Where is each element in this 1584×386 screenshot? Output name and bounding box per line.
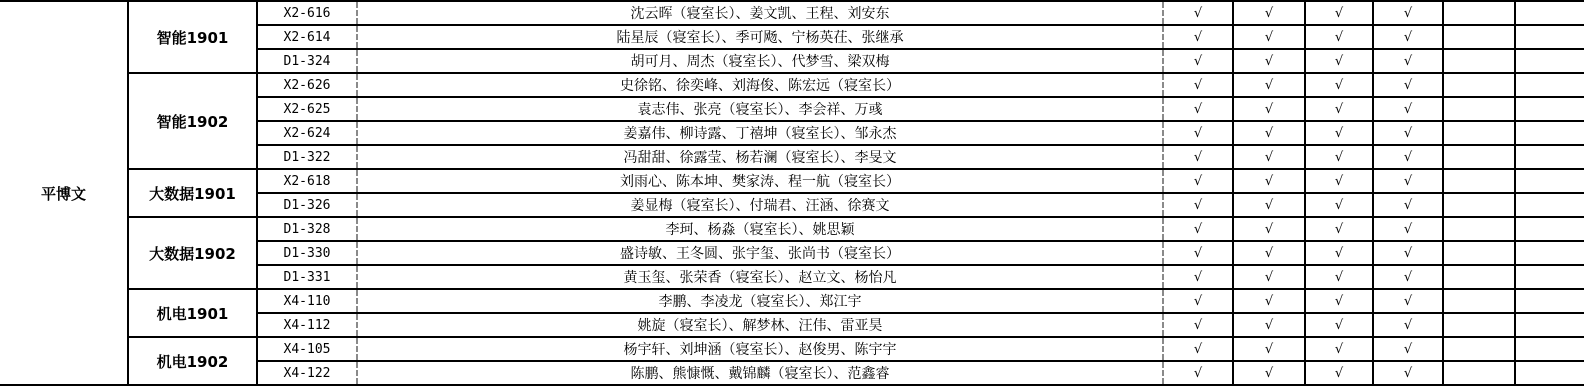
room-cell[interactable]: D1-331 xyxy=(257,265,357,289)
table-row: 大数据1901 X2-618 刘雨心、陈本坤、樊家涛、程一航（寝室长） √ √ … xyxy=(0,169,1584,193)
check-cell[interactable]: √ xyxy=(1305,1,1373,25)
check-cell[interactable]: √ xyxy=(1233,121,1305,145)
check-cell[interactable]: √ xyxy=(1305,337,1373,361)
check-cell[interactable]: √ xyxy=(1305,193,1373,217)
room-cell[interactable]: D1-326 xyxy=(257,193,357,217)
members-cell[interactable]: 史徐铭、徐奕峰、刘海俊、陈宏远（寝室长） xyxy=(357,73,1163,97)
check-cell[interactable]: √ xyxy=(1373,25,1443,49)
check-cell[interactable]: √ xyxy=(1305,289,1373,313)
members-cell[interactable]: 盛诗敏、王冬圆、张宇玺、张尚书（寝室长） xyxy=(357,241,1163,265)
empty-cell[interactable] xyxy=(1443,1,1515,25)
check-cell[interactable]: √ xyxy=(1163,193,1233,217)
check-cell[interactable]: √ xyxy=(1305,265,1373,289)
room-cell[interactable]: X2-618 xyxy=(257,169,357,193)
class-cell[interactable]: 大数据1901 xyxy=(128,169,257,217)
members-cell[interactable]: 胡可月、周杰（寝室长）、代梦雪、梁双梅 xyxy=(357,49,1163,73)
check-cell[interactable]: √ xyxy=(1163,217,1233,241)
class-cell[interactable]: 机电1901 xyxy=(128,289,257,337)
empty-cell[interactable] xyxy=(1443,289,1515,313)
check-cell[interactable]: √ xyxy=(1373,1,1443,25)
check-cell[interactable]: √ xyxy=(1163,1,1233,25)
members-cell[interactable]: 沈云晖（寝室长）、姜文凯、王程、刘安东 xyxy=(357,1,1163,25)
check-cell[interactable]: √ xyxy=(1373,193,1443,217)
room-cell[interactable]: X4-112 xyxy=(257,313,357,337)
check-cell[interactable]: √ xyxy=(1233,289,1305,313)
empty-cell[interactable] xyxy=(1515,289,1584,313)
check-cell[interactable]: √ xyxy=(1233,1,1305,25)
check-cell[interactable]: √ xyxy=(1233,313,1305,337)
check-cell[interactable]: √ xyxy=(1163,49,1233,73)
members-cell[interactable]: 陈鹏、熊慷慨、戴锦麟（寝室长）、范鑫睿 xyxy=(357,361,1163,385)
empty-cell[interactable] xyxy=(1443,313,1515,337)
empty-cell[interactable] xyxy=(1443,361,1515,385)
check-cell[interactable]: √ xyxy=(1305,313,1373,337)
empty-cell[interactable] xyxy=(1515,49,1584,73)
check-cell[interactable]: √ xyxy=(1373,241,1443,265)
check-cell[interactable]: √ xyxy=(1305,217,1373,241)
room-cell[interactable]: X2-624 xyxy=(257,121,357,145)
check-cell[interactable]: √ xyxy=(1305,145,1373,169)
empty-cell[interactable] xyxy=(1443,49,1515,73)
check-cell[interactable]: √ xyxy=(1163,361,1233,385)
check-cell[interactable]: √ xyxy=(1373,313,1443,337)
check-cell[interactable]: √ xyxy=(1233,241,1305,265)
empty-cell[interactable] xyxy=(1515,193,1584,217)
empty-cell[interactable] xyxy=(1443,97,1515,121)
check-cell[interactable]: √ xyxy=(1163,313,1233,337)
class-cell[interactable]: 智能1902 xyxy=(128,73,257,169)
empty-cell[interactable] xyxy=(1515,25,1584,49)
members-cell[interactable]: 杨宇轩、刘坤涵（寝室长）、赵俊男、陈宇宇 xyxy=(357,337,1163,361)
empty-cell[interactable] xyxy=(1443,145,1515,169)
empty-cell[interactable] xyxy=(1515,73,1584,97)
members-cell[interactable]: 姚旋（寝室长）、解梦林、汪伟、雷亚昊 xyxy=(357,313,1163,337)
check-cell[interactable]: √ xyxy=(1373,121,1443,145)
check-cell[interactable]: √ xyxy=(1373,289,1443,313)
room-cell[interactable]: X2-616 xyxy=(257,1,357,25)
empty-cell[interactable] xyxy=(1515,169,1584,193)
check-cell[interactable]: √ xyxy=(1233,25,1305,49)
empty-cell[interactable] xyxy=(1443,25,1515,49)
table-row: 机电1902 X4-105 杨宇轩、刘坤涵（寝室长）、赵俊男、陈宇宇 √ √ √… xyxy=(0,337,1584,361)
room-cell[interactable]: X2-626 xyxy=(257,73,357,97)
room-cell[interactable]: X4-105 xyxy=(257,337,357,361)
check-cell[interactable]: √ xyxy=(1163,289,1233,313)
check-cell[interactable]: √ xyxy=(1163,265,1233,289)
empty-cell[interactable] xyxy=(1515,97,1584,121)
room-cell[interactable]: X2-614 xyxy=(257,25,357,49)
empty-cell[interactable] xyxy=(1443,193,1515,217)
check-cell[interactable]: √ xyxy=(1163,121,1233,145)
check-cell[interactable]: √ xyxy=(1305,241,1373,265)
check-cell[interactable]: √ xyxy=(1305,169,1373,193)
check-cell[interactable]: √ xyxy=(1163,337,1233,361)
members-cell[interactable]: 陆星辰（寝室长）、季可飏、宁杨英茌、张继承 xyxy=(357,25,1163,49)
check-cell[interactable]: √ xyxy=(1305,121,1373,145)
check-cell[interactable]: √ xyxy=(1233,337,1305,361)
check-cell[interactable]: √ xyxy=(1305,361,1373,385)
room-cell[interactable]: X4-122 xyxy=(257,361,357,385)
table-row: 平博文 智能1901 X2-616 沈云晖（寝室长）、姜文凯、王程、刘安东 √ … xyxy=(0,1,1584,25)
supervisor-cell[interactable]: 平博文 xyxy=(0,1,128,385)
room-cell[interactable]: D1-330 xyxy=(257,241,357,265)
check-cell[interactable]: √ xyxy=(1373,145,1443,169)
members-cell[interactable]: 姜嘉伟、柳诗露、丁禧坤（寝室长）、邹永杰 xyxy=(357,121,1163,145)
check-cell[interactable]: √ xyxy=(1373,265,1443,289)
table-row: 智能1902 X2-626 史徐铭、徐奕峰、刘海俊、陈宏远（寝室长） √ √ √… xyxy=(0,73,1584,97)
check-cell[interactable]: √ xyxy=(1233,265,1305,289)
check-cell[interactable]: √ xyxy=(1233,361,1305,385)
table-row: 机电1901 X4-110 李鹏、李凌龙（寝室长）、郑江宇 √ √ √ √ xyxy=(0,289,1584,313)
check-cell[interactable]: √ xyxy=(1373,97,1443,121)
empty-cell[interactable] xyxy=(1443,169,1515,193)
room-cell[interactable]: D1-322 xyxy=(257,145,357,169)
members-cell[interactable]: 姜显梅（寝室长）、付瑞君、汪涵、徐赛文 xyxy=(357,193,1163,217)
empty-cell[interactable] xyxy=(1443,337,1515,361)
check-cell[interactable]: √ xyxy=(1305,97,1373,121)
dorm-roster-table: 平博文 智能1901 X2-616 沈云晖（寝室长）、姜文凯、王程、刘安东 √ … xyxy=(0,0,1584,386)
check-cell[interactable]: √ xyxy=(1233,193,1305,217)
check-cell[interactable]: √ xyxy=(1163,73,1233,97)
empty-cell[interactable] xyxy=(1515,217,1584,241)
check-cell[interactable]: √ xyxy=(1233,169,1305,193)
check-cell[interactable]: √ xyxy=(1305,25,1373,49)
empty-cell[interactable] xyxy=(1515,145,1584,169)
check-cell[interactable]: √ xyxy=(1163,241,1233,265)
empty-cell[interactable] xyxy=(1443,73,1515,97)
members-cell[interactable]: 冯甜甜、徐露莹、杨若澜（寝室长）、李旻文 xyxy=(357,145,1163,169)
empty-cell[interactable] xyxy=(1515,313,1584,337)
members-cell[interactable]: 黄玉玺、张荣香（寝室长）、赵立文、杨怡凡 xyxy=(357,265,1163,289)
room-cell[interactable]: D1-324 xyxy=(257,49,357,73)
check-cell[interactable]: √ xyxy=(1373,217,1443,241)
class-cell[interactable]: 智能1901 xyxy=(128,1,257,73)
empty-cell[interactable] xyxy=(1443,217,1515,241)
empty-cell[interactable] xyxy=(1443,241,1515,265)
check-cell[interactable]: √ xyxy=(1305,73,1373,97)
table-row: 大数据1902 D1-328 李珂、杨淼（寝室长）、姚思颖 √ √ √ √ xyxy=(0,217,1584,241)
empty-cell[interactable] xyxy=(1515,121,1584,145)
members-cell[interactable]: 刘雨心、陈本坤、樊家涛、程一航（寝室长） xyxy=(357,169,1163,193)
empty-cell[interactable] xyxy=(1515,1,1584,25)
check-cell[interactable]: √ xyxy=(1233,49,1305,73)
empty-cell[interactable] xyxy=(1515,337,1584,361)
members-cell[interactable]: 李鹏、李凌龙（寝室长）、郑江宇 xyxy=(357,289,1163,313)
check-cell[interactable]: √ xyxy=(1373,49,1443,73)
check-cell[interactable]: √ xyxy=(1233,145,1305,169)
check-cell[interactable]: √ xyxy=(1373,361,1443,385)
empty-cell[interactable] xyxy=(1515,241,1584,265)
check-cell[interactable]: √ xyxy=(1373,337,1443,361)
check-cell[interactable]: √ xyxy=(1305,49,1373,73)
check-cell[interactable]: √ xyxy=(1163,145,1233,169)
class-cell[interactable]: 机电1902 xyxy=(128,337,257,385)
empty-cell[interactable] xyxy=(1443,121,1515,145)
check-cell[interactable]: √ xyxy=(1233,217,1305,241)
check-cell[interactable]: √ xyxy=(1163,97,1233,121)
room-cell[interactable]: X4-110 xyxy=(257,289,357,313)
class-cell[interactable]: 大数据1902 xyxy=(128,217,257,289)
check-cell[interactable]: √ xyxy=(1233,73,1305,97)
check-cell[interactable]: √ xyxy=(1373,73,1443,97)
room-cell[interactable]: D1-328 xyxy=(257,217,357,241)
check-cell[interactable]: √ xyxy=(1373,169,1443,193)
check-cell[interactable]: √ xyxy=(1233,97,1305,121)
empty-cell[interactable] xyxy=(1515,361,1584,385)
empty-cell[interactable] xyxy=(1443,265,1515,289)
members-cell[interactable]: 袁志伟、张亮（寝室长）、李会祥、万彧 xyxy=(357,97,1163,121)
check-cell[interactable]: √ xyxy=(1163,169,1233,193)
room-cell[interactable]: X2-625 xyxy=(257,97,357,121)
check-cell[interactable]: √ xyxy=(1163,25,1233,49)
empty-cell[interactable] xyxy=(1515,265,1584,289)
members-cell[interactable]: 李珂、杨淼（寝室长）、姚思颖 xyxy=(357,217,1163,241)
